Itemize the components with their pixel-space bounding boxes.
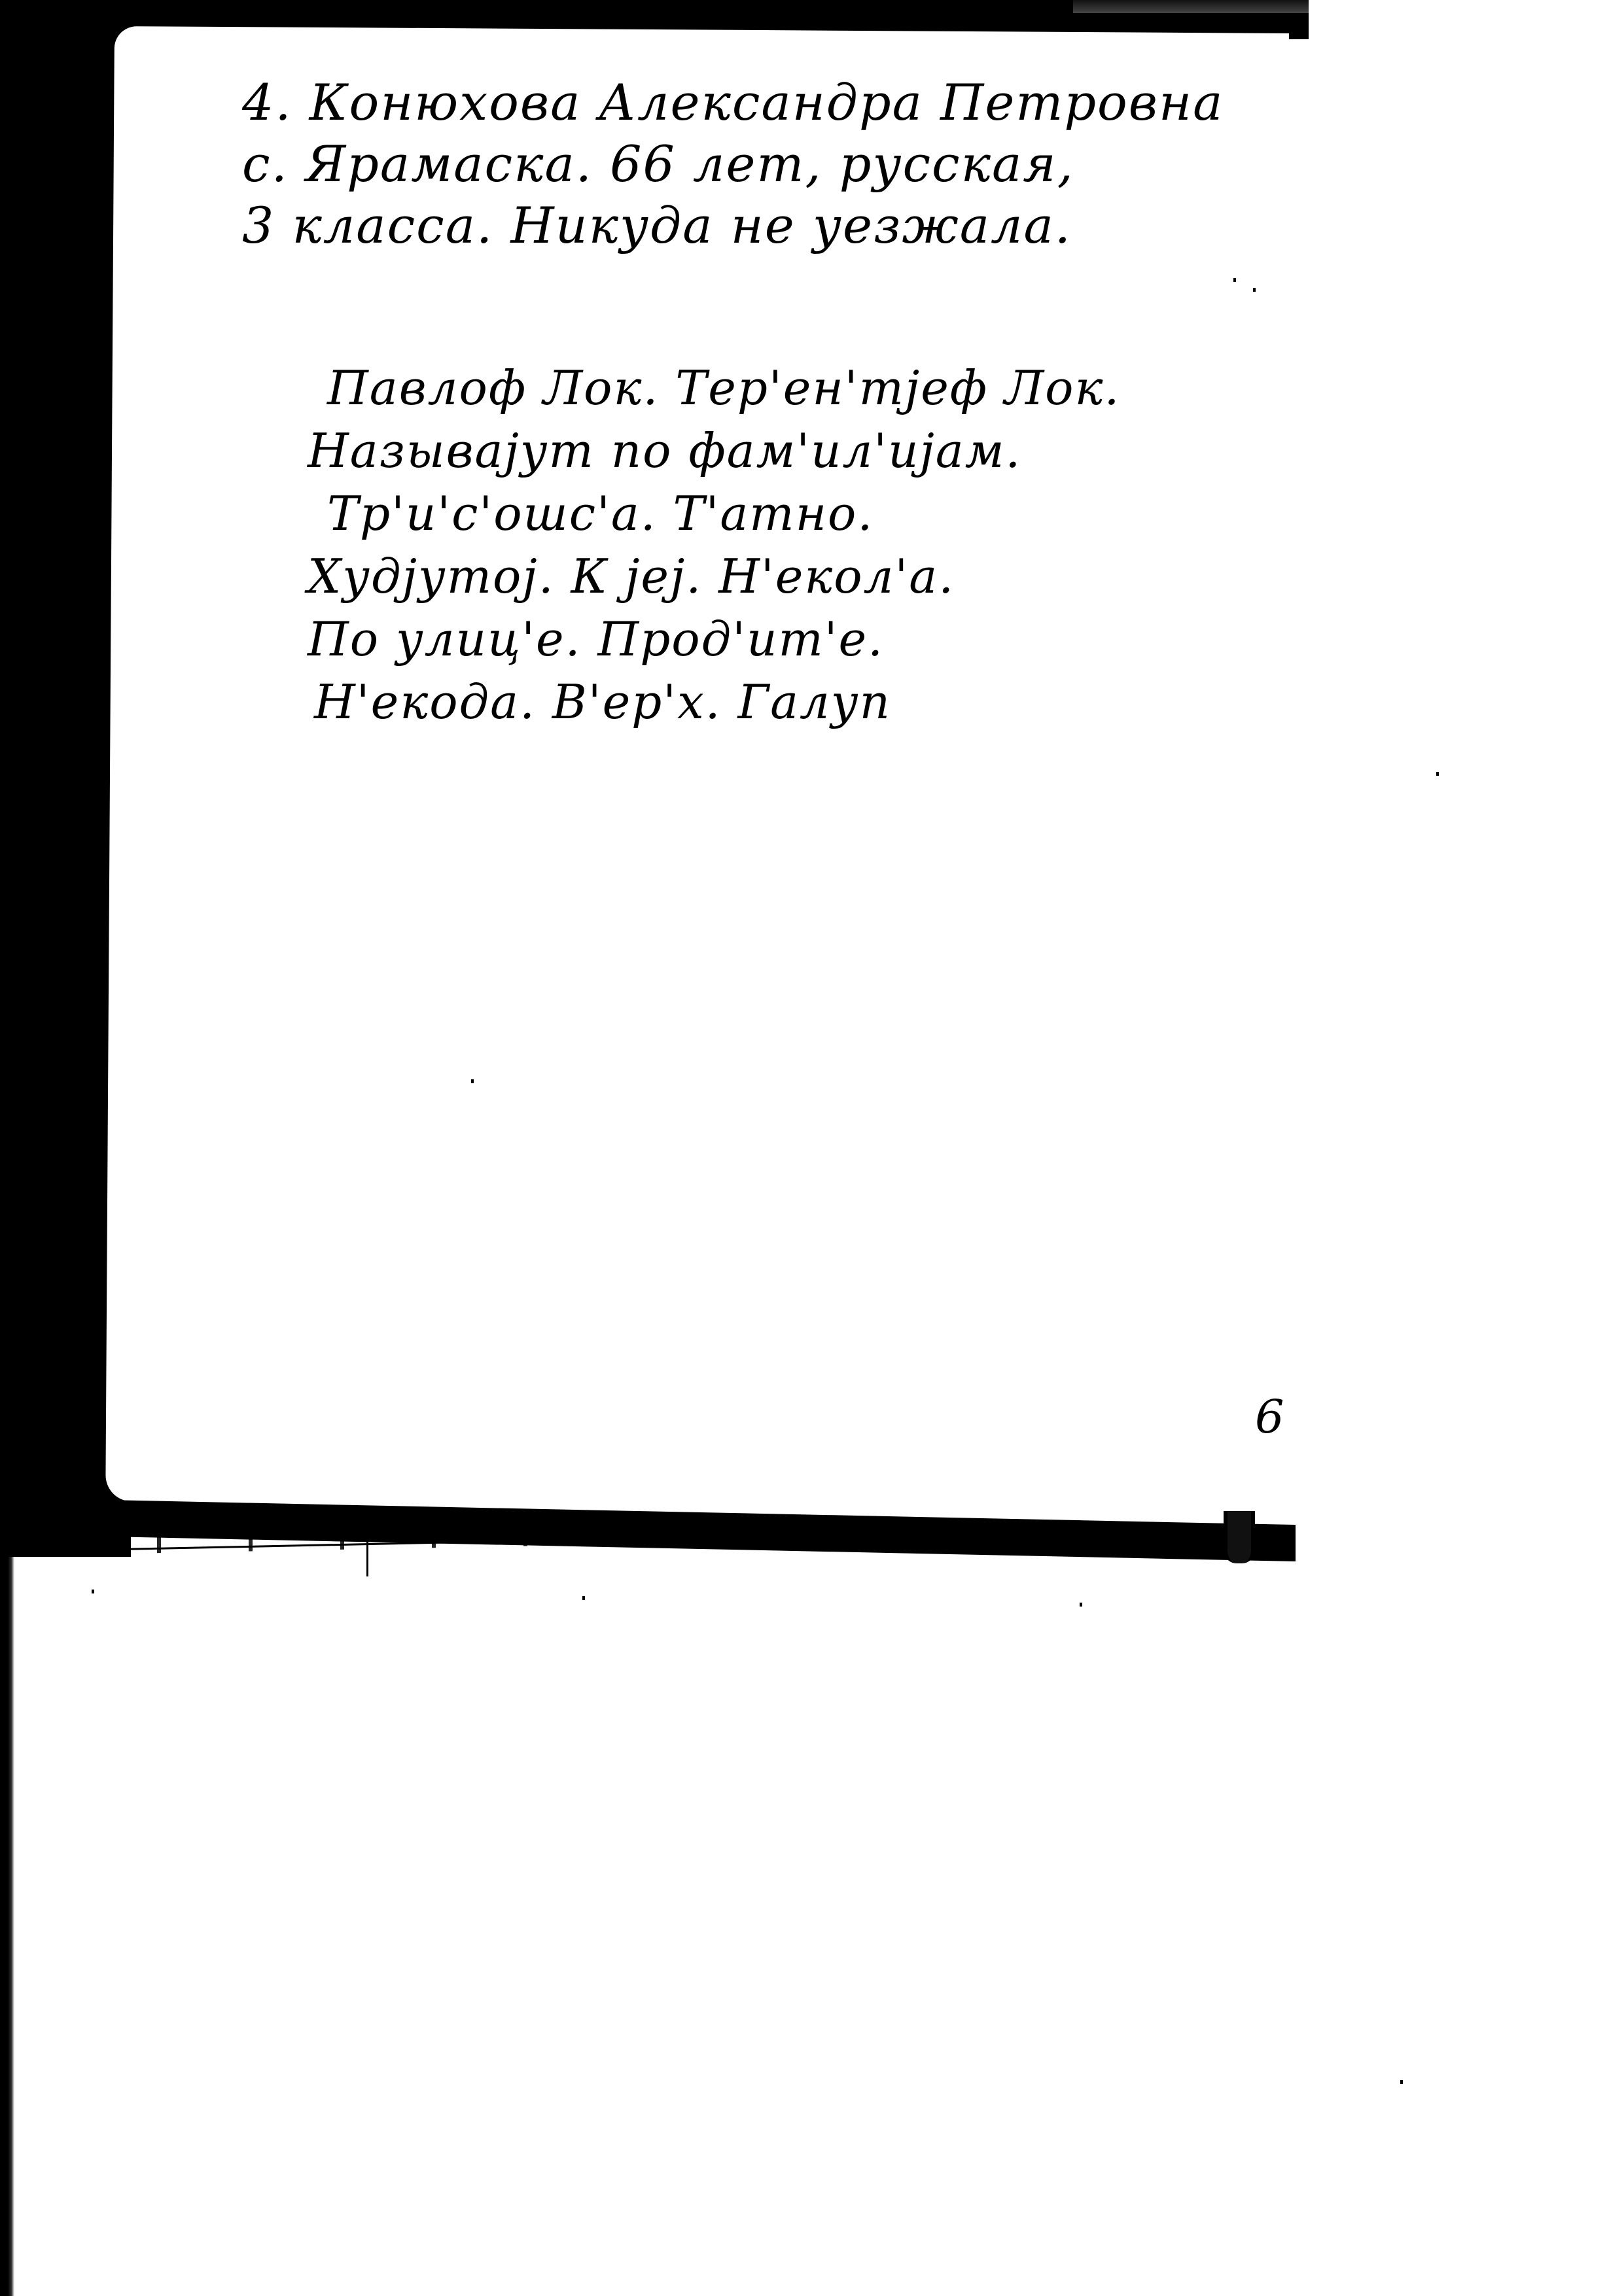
scan-speck (471, 1079, 474, 1083)
informant-origin-line: с. Ярамаска. 66 лет, русская, (242, 133, 1224, 195)
page-number: 6 (1255, 1390, 1284, 1444)
scanner-shadow (1073, 0, 1309, 13)
scan-speck (582, 1596, 585, 1600)
scan-speck (92, 1590, 94, 1593)
transcription-line: Павлоф Лок. Тер'ен'тјеф Лок. (327, 357, 1120, 419)
scan-speck (1253, 288, 1256, 292)
informant-education-line: 3 класса. Никуда не уезжала. (242, 195, 1224, 256)
transcription-line: Худјутој. К јеј. Н'екол'а. (308, 545, 1120, 608)
scan-speck (1400, 2080, 1403, 2084)
scanner-border-left-lower (0, 1557, 14, 2296)
transcription-line: Н'екода. В'ер'х. Галуп (314, 670, 1120, 733)
transcription-line: Называјут по фам'ил'ијам. (308, 419, 1120, 482)
informant-name-line: 4. Конюхова Александра Петровна (242, 72, 1224, 133)
transcription-line: Тр'и'с'ошс'а. Т'атно. (327, 482, 1120, 545)
scan-speck (1080, 1603, 1082, 1607)
page-bottom-clip-mark (1224, 1511, 1255, 1563)
scan-canvas: 4. Конюхова Александра Петровна с. Ярама… (0, 0, 1607, 2296)
informant-header-block: 4. Конюхова Александра Петровна с. Ярама… (242, 72, 1224, 256)
page-bottom-stroke (366, 1531, 368, 1576)
scan-speck (1233, 278, 1236, 282)
transcription-block: Павлоф Лок. Тер'ен'тјеф Лок. Называјут п… (327, 357, 1120, 733)
transcription-line: По улиц'е. Прод'ит'е. (308, 608, 1120, 670)
scan-speck (1436, 772, 1439, 776)
